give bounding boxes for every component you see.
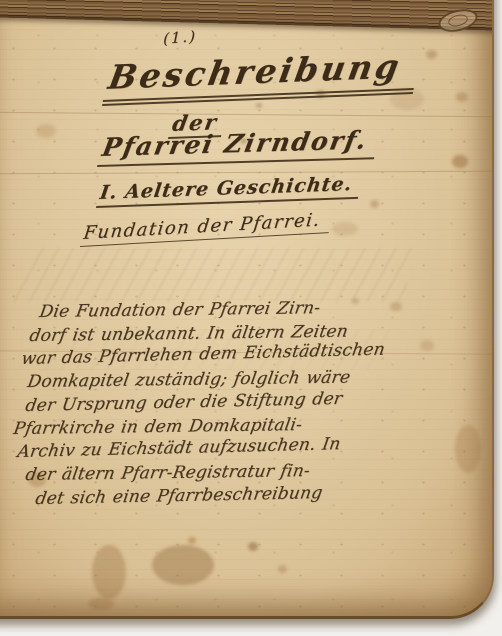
title-line-3: Pfarrei Zirndorf. [97,125,380,167]
handwritten-content: (1.) Beschreibung der Pfarrei Zirndorf. … [0,0,502,636]
body-line: det sich eine Pfarrbeschreibung [34,483,324,509]
body-line: Domkapitel zuständig; folglich wäre [26,368,352,392]
title-line-1: Beschreibung [102,46,421,106]
body-line: der Ursprung oder die Stiftung der [24,389,344,416]
section-heading: I. Aeltere Geschichte. [96,173,362,208]
body-line: der ältern Pfarr-Registratur fin- [24,461,312,485]
body-line: Die Fundation der Pfarrei Zirn- [38,298,322,322]
scanned-manuscript-photo: (1.) Beschreibung der Pfarrei Zirndorf. … [0,0,502,636]
body-line: Archiv zu Eichstädt aufzusuchen. In [16,434,342,462]
page-number: (1.) [163,27,197,48]
subsection-heading: Fundation der Pfarrei. [80,209,332,247]
